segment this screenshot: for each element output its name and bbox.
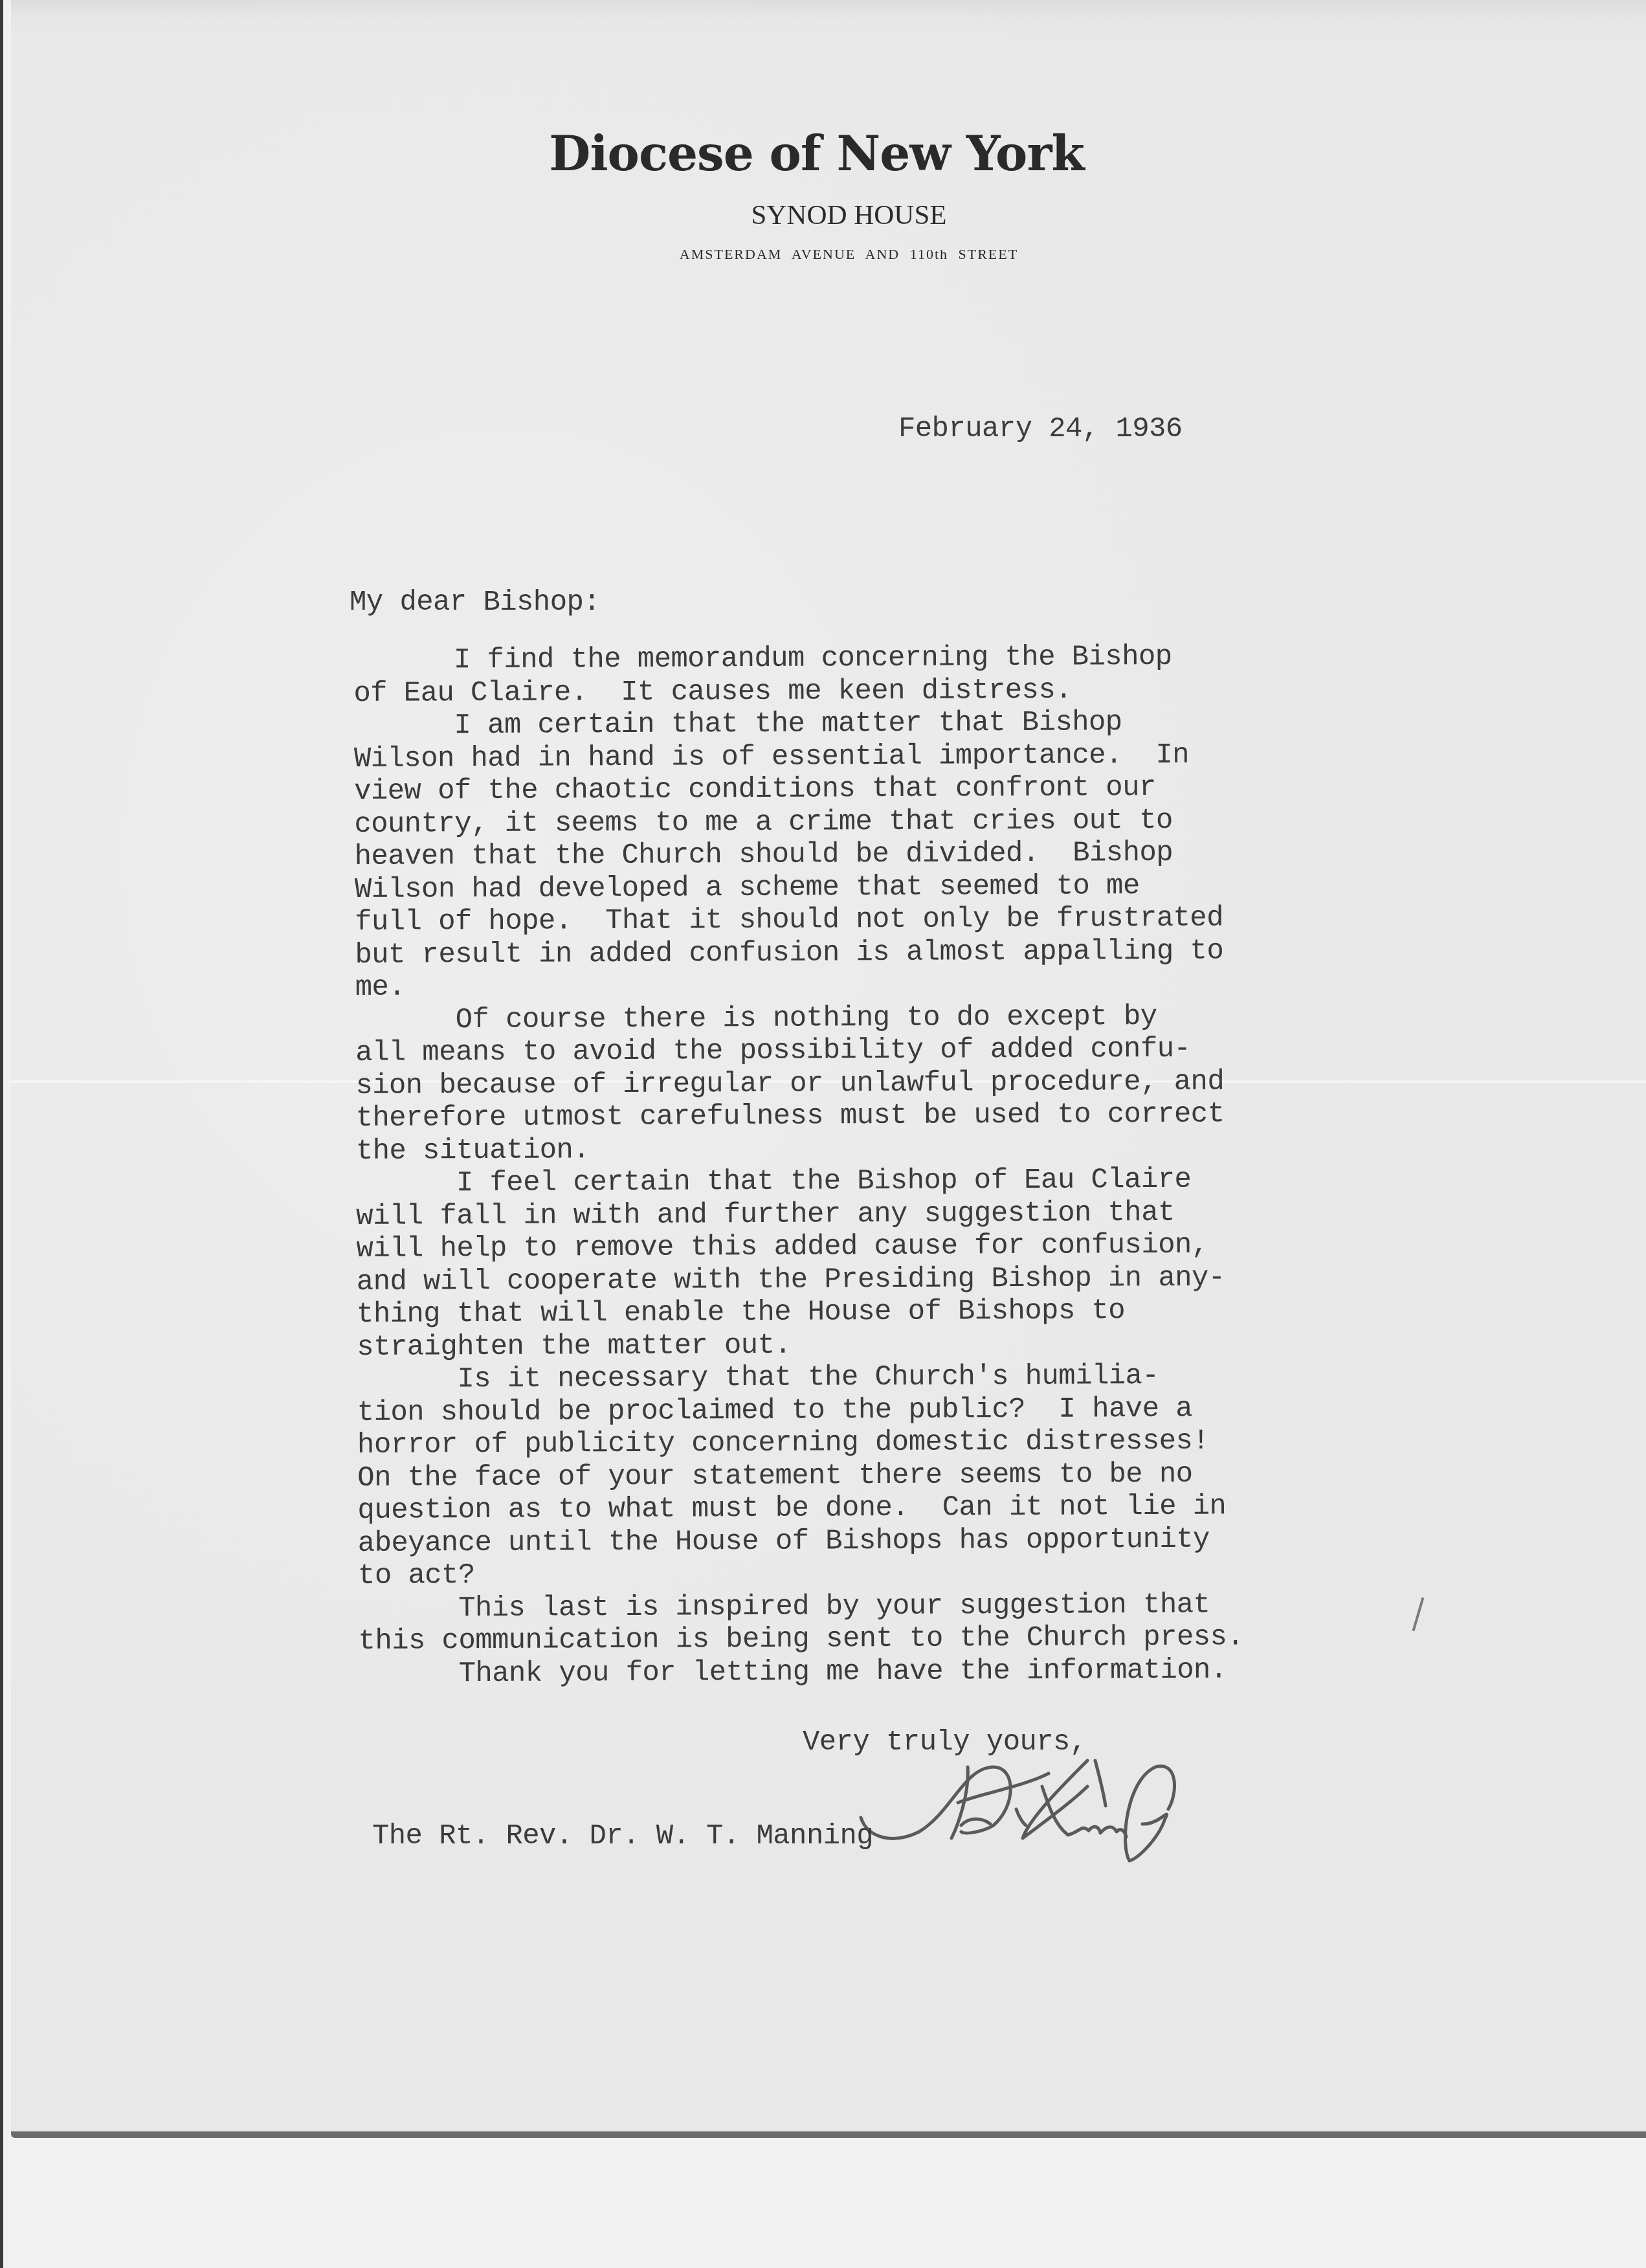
- body-line: view of the chaotic conditions that conf…: [354, 771, 1240, 808]
- body-line: therefore utmost carefulness must be use…: [355, 1098, 1241, 1135]
- salutation: My dear Bishop:: [350, 586, 600, 619]
- body-line: but result in added confusion is almost …: [355, 935, 1240, 972]
- body-line: me.: [355, 967, 1240, 1004]
- letterhead-organization: Diocese of New York: [0, 126, 1640, 182]
- body-line: to act?: [358, 1555, 1243, 1592]
- body-line: of Eau Claire. It causes me keen distres…: [353, 673, 1239, 710]
- body-line: On the face of your statement there seem…: [357, 1458, 1243, 1495]
- body-line: Wilson had in hand is of essential impor…: [354, 739, 1240, 775]
- scan-border: [0, 0, 3, 2268]
- body-line: the situation.: [356, 1131, 1241, 1168]
- body-line: I feel certain that the Bishop of Eau Cl…: [356, 1163, 1241, 1200]
- body-line: thing that will enable the House of Bish…: [357, 1294, 1242, 1331]
- letterhead-building: SYNOD HOUSE: [26, 199, 1646, 231]
- body-line: and will cooperate with the Presiding Bi…: [357, 1262, 1242, 1298]
- pencil-slash-mark-icon: [1408, 1596, 1428, 1632]
- letter-date: February 24, 1936: [898, 413, 1183, 446]
- recipient: The Rt. Rev. Dr. W. T. Manning: [372, 1820, 873, 1853]
- body-line: Thank you for letting me have the inform…: [359, 1654, 1244, 1691]
- body-line: tion should be proclaimed to the public?…: [357, 1392, 1243, 1429]
- signature-icon: [854, 1748, 1217, 1877]
- body-line: sion because of irregular or unlawful pr…: [355, 1065, 1241, 1102]
- body-line: Wilson had developed a scheme that seeme…: [355, 869, 1240, 906]
- body-line: straighten the matter out.: [357, 1327, 1242, 1364]
- body-line: Is it necessary that the Church's humili…: [357, 1359, 1242, 1396]
- letter-body: I find the memorandum concerning the Bis…: [353, 640, 1244, 1691]
- body-line: heaven that the Church should be divided…: [354, 836, 1240, 873]
- body-line: This last is inspired by your suggestion…: [358, 1588, 1243, 1625]
- body-line: I am certain that the matter that Bishop: [353, 706, 1239, 742]
- body-line: horror of publicity concerning domestic …: [357, 1425, 1243, 1462]
- body-line: question as to what must be done. Can it…: [357, 1490, 1243, 1527]
- body-line: will help to remove this added cause for…: [356, 1228, 1241, 1265]
- body-line: I find the memorandum concerning the Bis…: [353, 640, 1239, 677]
- body-line: this communication is being sent to the …: [358, 1621, 1243, 1658]
- letterhead-address: AMSTERDAM AVENUE AND 110th STREET: [26, 246, 1646, 263]
- body-line: full of hope. That it should not only be…: [355, 902, 1240, 939]
- body-line: abeyance until the House of Bishops has …: [358, 1523, 1243, 1560]
- body-line: Of course there is nothing to do except …: [355, 1000, 1241, 1037]
- body-line: country, it seems to me a crime that cri…: [354, 804, 1240, 841]
- body-line: will fall in with and further any sugges…: [356, 1196, 1241, 1233]
- body-line: all means to avoid the possibility of ad…: [355, 1032, 1241, 1069]
